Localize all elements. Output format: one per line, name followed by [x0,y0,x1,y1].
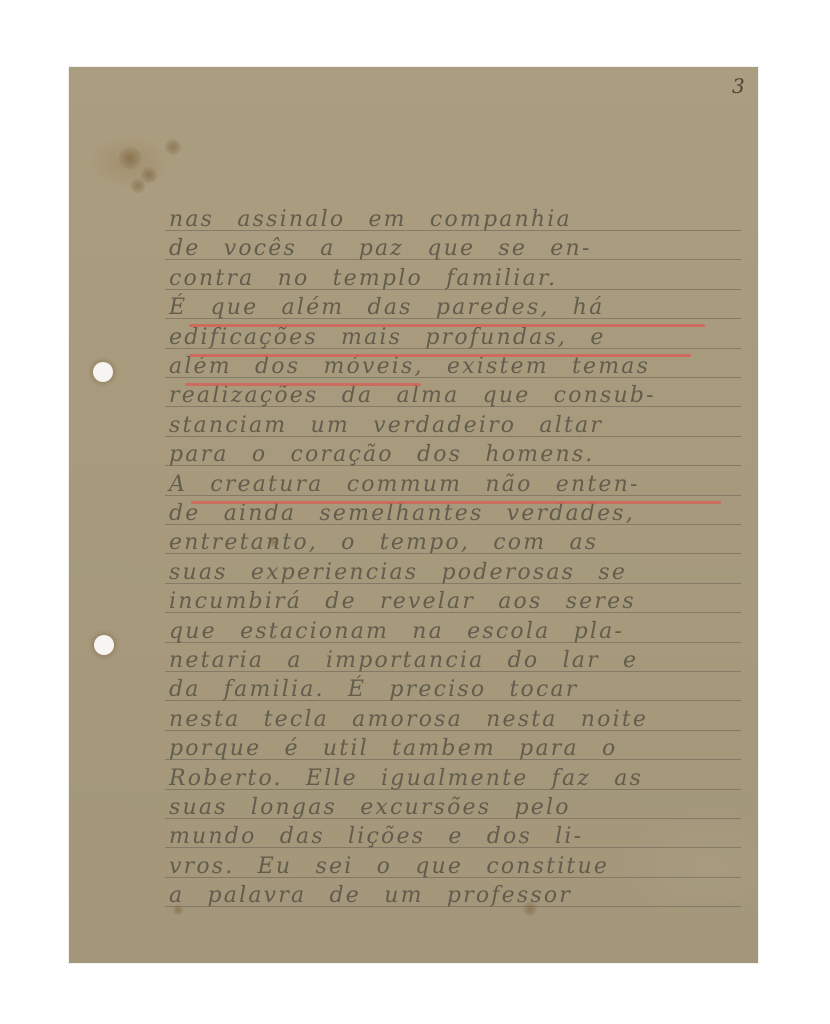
red-underline [189,324,705,327]
punch-hole-bottom [94,635,114,655]
handwritten-line: que estacionam na escola pla- [169,618,749,646]
handwritten-line: de vocês a paz que se en- [169,235,749,263]
handwritten-line: contra no templo familiar. [169,265,749,293]
handwritten-line: mundo das lições e dos li- [169,823,749,851]
stain-mark [131,179,145,193]
handwritten-line: a palavra de um professor [169,882,749,910]
handwritten-line: É que além das paredes, há [169,294,749,322]
handwritten-line: além dos móveis, existem temas [169,353,749,381]
handwritten-line: netaria a importancia do lar e [169,647,749,675]
handwritten-line: para o coração dos homens. [169,441,749,469]
handwritten-line: da familia. É preciso tocar [169,676,749,704]
handwritten-line: suas longas excursões pelo [169,794,749,822]
handwritten-line: edificações mais profundas, e [169,324,749,352]
handwritten-line: porque é util tambem para o [169,735,749,763]
punch-hole-top [93,362,113,382]
page-number: 3 [732,74,745,98]
manuscript-page: 3 nas assinalo em companhiade vocês a pa… [69,67,758,963]
red-underline [185,383,421,386]
handwritten-line: nesta tecla amorosa nesta noite [169,706,749,734]
handwritten-line: nas assinalo em companhia [169,206,749,234]
handwritten-line: entretanto, o tempo, com as [169,529,749,557]
stain-mark [165,139,181,155]
handwritten-line: realizações da alma que consub- [169,382,749,410]
handwritten-line: Roberto. Elle igualmente faz as [169,765,749,793]
handwritten-line: de ainda semelhantes verdades, [169,500,749,528]
handwritten-line: suas experiencias poderosas se [169,559,749,587]
handwritten-line: A creatura commum não enten- [169,471,749,499]
handwritten-line: stanciam um verdadeiro altar [169,412,749,440]
red-underline [189,354,691,357]
handwritten-line: incumbirá de revelar aos seres [169,588,749,616]
red-underline [191,501,721,504]
stain-mark [119,147,141,169]
handwritten-line: vros. Eu sei o que constitue [169,853,749,881]
